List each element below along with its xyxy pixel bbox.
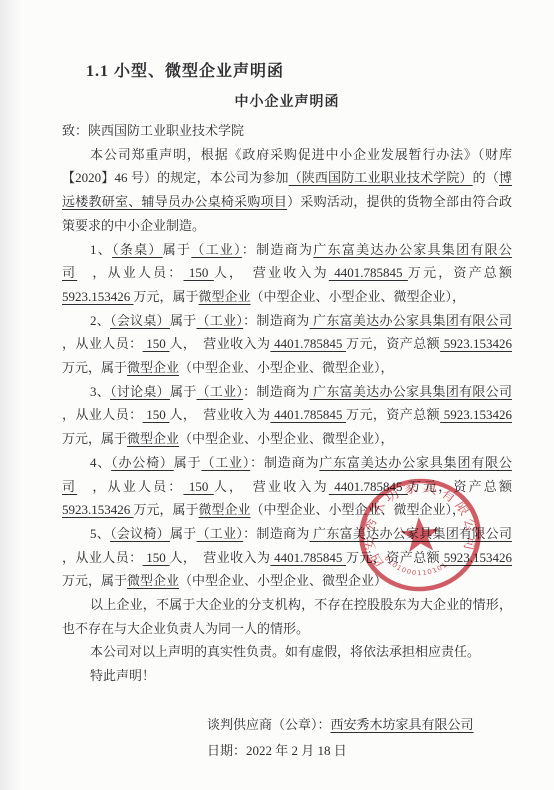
seal-star-icon xyxy=(399,516,441,553)
date-value: 2022 年 2 月 18 日 xyxy=(246,743,347,758)
signature-company: 西安秀木坊家具有限公司 xyxy=(331,717,474,732)
seal-serial-text: 6101000110101 xyxy=(382,550,450,579)
addressee-label: 致： xyxy=(62,123,88,138)
closing-responsibility: 本公司对以上声明的真实性负责。如有虚假，将依法承担相应责任。 xyxy=(62,640,512,664)
signature-block: 谈判供应商（公章）：西安秀木坊家具有限公司 日期：2022 年 2 月 18 日 xyxy=(207,712,512,764)
item-paragraph-2: 2、（会议桌）属于（工业）：制造商为 广东富美达办公家具集团有限公司 ，从业人员… xyxy=(62,309,512,380)
document-page: 1.1 小型、微型企业声明函 中小企业声明函 致：陕西国防工业职业技术学院 本公… xyxy=(0,0,554,790)
date-label: 日期： xyxy=(207,743,246,758)
item-paragraph-1: 1、（条桌）属于（工业）：制造商为广东富美达办公家具集团有限公司 ，从业人员： … xyxy=(62,238,512,309)
document-title: 中小企业声明函 xyxy=(62,91,512,111)
addressee-line: 致：陕西国防工业职业技术学院 xyxy=(62,119,512,143)
document-content: 1.1 小型、微型企业声明函 中小企业声明函 致：陕西国防工业职业技术学院 本公… xyxy=(62,58,512,764)
svg-text:6101000110101: 6101000110101 xyxy=(382,550,450,579)
signature-line: 谈判供应商（公章）：西安秀木坊家具有限公司 xyxy=(207,712,512,738)
company-seal-stamp: 西安秀木坊家具有限公司 6101000110101 xyxy=(351,471,489,600)
item-paragraph-3: 3、（讨论桌）属于（工业）：制造商为 广东富美达办公家具集团有限公司 ，从业人员… xyxy=(62,380,512,451)
closing-declare: 特此声明！ xyxy=(62,664,512,688)
section-heading: 1.1 小型、微型企业声明函 xyxy=(86,58,512,81)
signature-label: 谈判供应商（公章）： xyxy=(207,717,331,732)
addressee-value: 陕西国防工业职业技术学院 xyxy=(88,123,244,138)
intro-paragraph: 本公司郑重声明，根据《政府采购促进中小企业发展暂行办法》（财库【2020】46 … xyxy=(62,143,512,238)
seal-group: 西安秀木坊家具有限公司 6101000110101 xyxy=(357,476,484,593)
closing-no-branch: 以上企业，不属于大企业的分支机构，不存在控股股东为大企业的情形，也不存在与大企业… xyxy=(62,593,512,640)
date-line: 日期：2022 年 2 月 18 日 xyxy=(207,738,512,764)
